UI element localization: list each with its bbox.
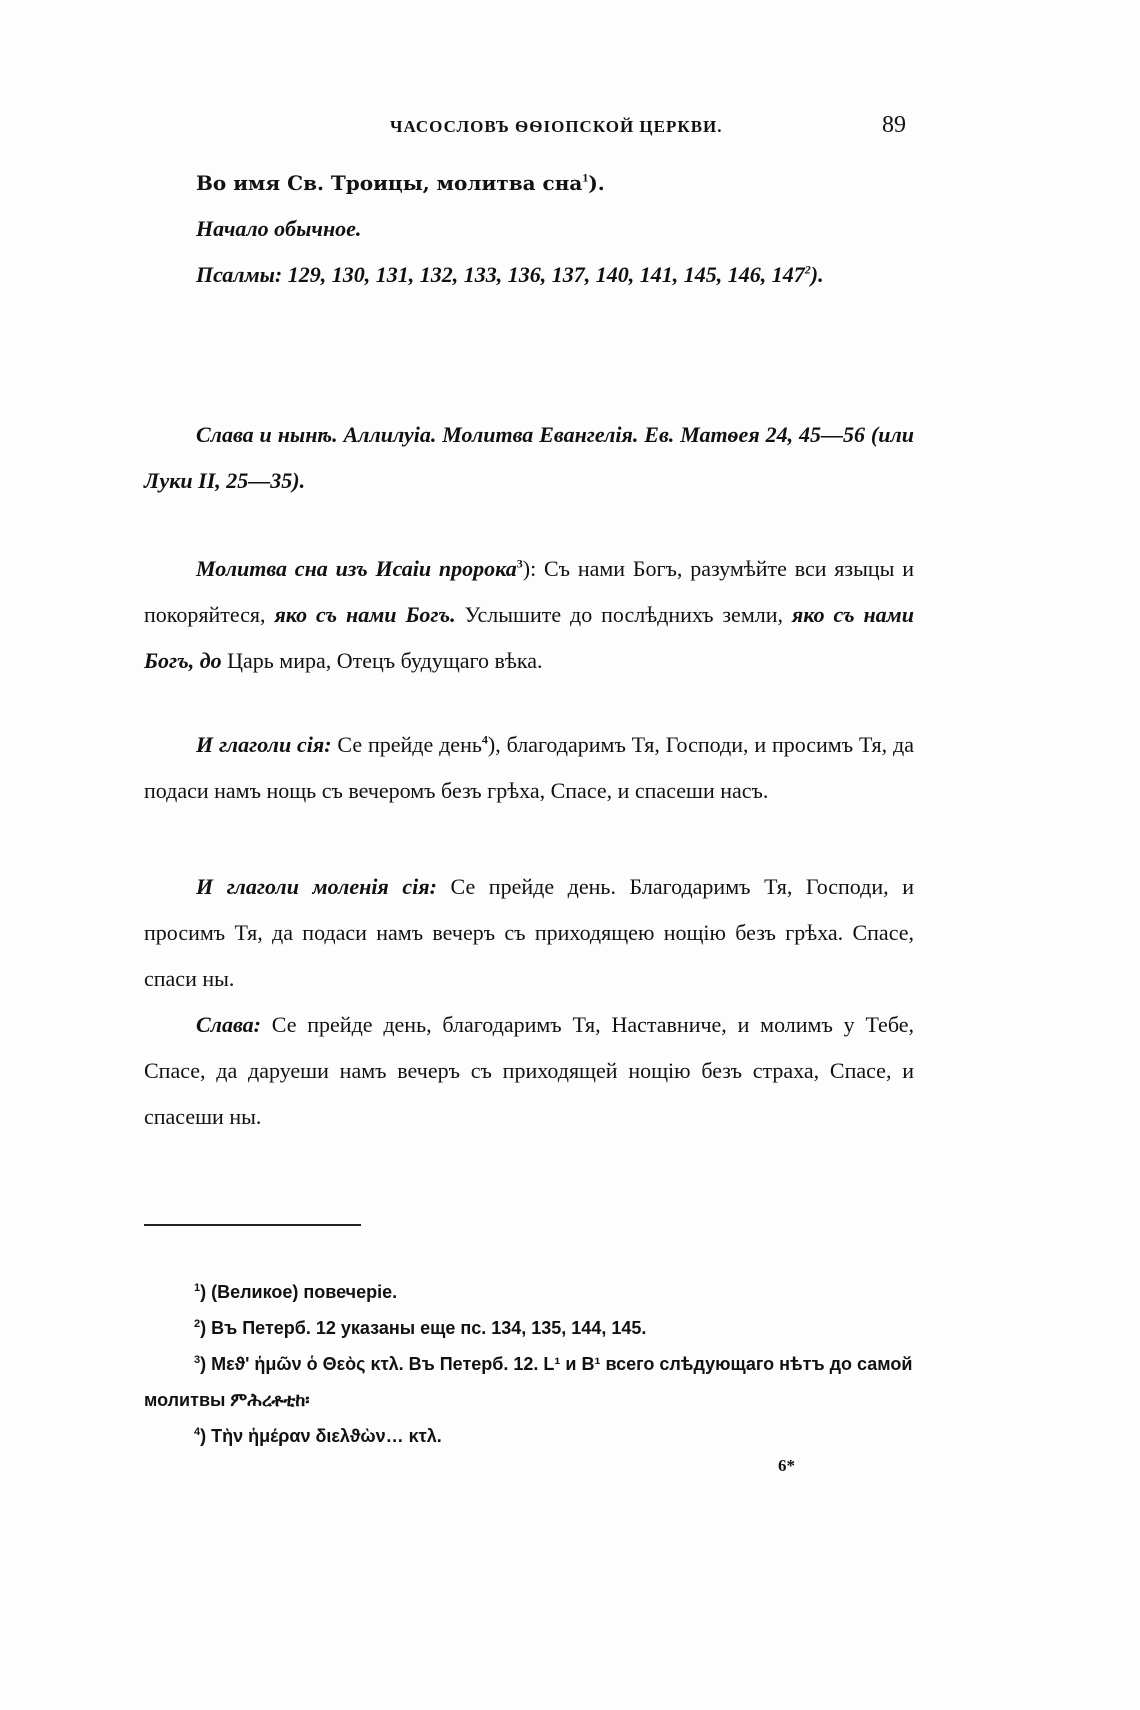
- footnote-1: 1) (Великое) повечеріе.: [144, 1274, 914, 1310]
- say-these-paragraph: И глаголи сія: Се прейде день4), благода…: [144, 722, 914, 814]
- isaiah-paragraph: Молитва сна изъ Исаіи пророка3): Съ нами…: [144, 546, 914, 684]
- footnotes: 1) (Великое) повечеріе. 2) Въ Петерб. 12…: [144, 1274, 914, 1454]
- psalms-line: Псалмы: 129, 130, 131, 132, 133, 136, 13…: [144, 252, 914, 298]
- beginning-line: Начало обычное.: [144, 206, 914, 252]
- running-title: ЧАСОСЛОВЪ ѲѲІОПСКОЙ ЦЕРКВИ.: [390, 117, 723, 137]
- footnote-divider: [144, 1224, 361, 1226]
- footnote-3: 3) Μεϑ' ἡμῶν ὁ Θεὸς κτλ. Въ Петерб. 12. …: [144, 1346, 914, 1418]
- page-number: 89: [882, 112, 906, 139]
- book-page: ЧАСОСЛОВЪ ѲѲІОПСКОЙ ЦЕРКВИ. 89 Во имя Св…: [0, 0, 1140, 1710]
- section-heading: Во имя Св. Троицы, молитва сна1).: [144, 160, 914, 206]
- glory-paragraph: Слава: Се прейде день, благодаримъ Тя, Н…: [144, 1002, 914, 1140]
- footnote-4: 4) Τὴν ἡμέραν διελϑὼν… κτλ.: [144, 1418, 914, 1454]
- footnote-2: 2) Въ Петерб. 12 указаны еще пс. 134, 13…: [144, 1310, 914, 1346]
- main-text: Во имя Св. Троицы, молитва сна1). Начало…: [144, 160, 914, 298]
- prayers-paragraph: И глаголи моленія сія: Се прейде день. Б…: [144, 864, 914, 1140]
- gloria-paragraph: Слава и нынѣ. Аллилуіа. Молитва Евангелі…: [144, 412, 914, 504]
- signature-mark: 6*: [778, 1456, 795, 1476]
